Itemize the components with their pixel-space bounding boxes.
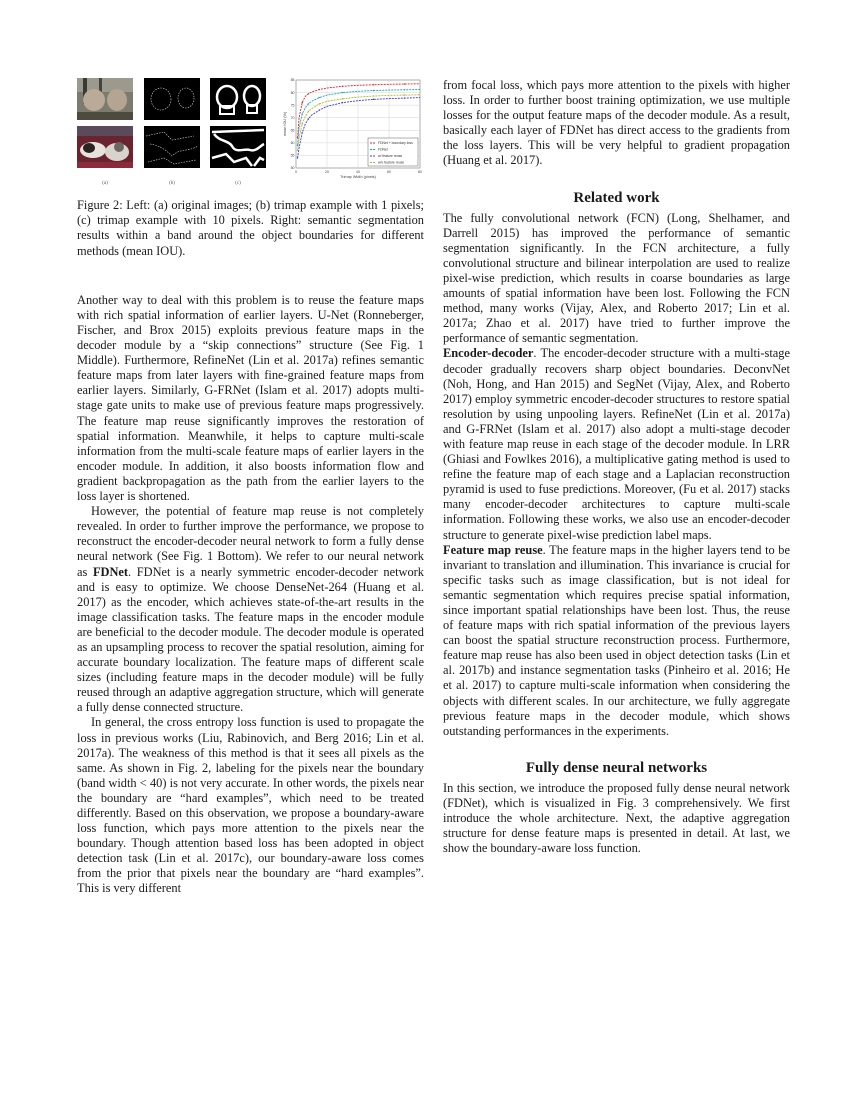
svg-text:20: 20 bbox=[325, 170, 329, 174]
figure-2-caption: Figure 2: Left: (a) original images; (b)… bbox=[77, 198, 424, 259]
paragraph-fdnn-intro: In this section, we introduce the propos… bbox=[443, 781, 790, 856]
feature-map-reuse-label: Feature map reuse bbox=[443, 543, 543, 557]
svg-text:60: 60 bbox=[387, 170, 391, 174]
paragraph-fdnet-intro: However, the potential of feature map re… bbox=[77, 504, 424, 715]
trimap-10px-sheep bbox=[210, 78, 266, 120]
svg-text:70: 70 bbox=[291, 116, 295, 120]
figure-2: (a) (b) (c) 0204060805055606570758085Tri… bbox=[77, 76, 424, 191]
paragraph-focal-loss-continuation: from focal loss, which pays more attenti… bbox=[443, 78, 790, 169]
svg-text:w/ feature reuse: w/ feature reuse bbox=[378, 154, 402, 158]
sublabel-a: (a) bbox=[77, 176, 133, 191]
svg-text:FDNet: FDNet bbox=[378, 148, 388, 152]
trimap-10px-cats bbox=[210, 126, 266, 168]
svg-text:60: 60 bbox=[291, 141, 295, 145]
svg-text:80: 80 bbox=[418, 170, 422, 174]
encoder-decoder-label: Encoder-decoder bbox=[443, 346, 533, 360]
svg-text:0: 0 bbox=[295, 170, 297, 174]
trimap-1px-cats bbox=[144, 126, 200, 168]
paragraph-feature-reuse: Another way to deal with this problem is… bbox=[77, 293, 424, 504]
section-heading-related-work: Related work bbox=[443, 189, 790, 207]
svg-text:mean IOU (%): mean IOU (%) bbox=[283, 111, 287, 136]
left-column: (a) (b) (c) 0204060805055606570758085Tri… bbox=[77, 76, 424, 897]
svg-text:50: 50 bbox=[291, 166, 295, 170]
sublabel-b: (b) bbox=[144, 176, 200, 191]
svg-text:40: 40 bbox=[356, 170, 360, 174]
svg-text:85: 85 bbox=[291, 78, 295, 82]
svg-text:75: 75 bbox=[291, 103, 295, 107]
paragraph-encoder-decoder: Encoder-decoder. The encoder-decoder str… bbox=[443, 346, 790, 542]
paragraph-fcn: The fully convolutional network (FCN) (L… bbox=[443, 211, 790, 347]
paragraph-loss-function: In general, the cross entropy loss funct… bbox=[77, 715, 424, 896]
sublabel-c: (c) bbox=[210, 176, 266, 191]
svg-text:w/o feature reuse: w/o feature reuse bbox=[378, 161, 404, 165]
svg-text:65: 65 bbox=[291, 128, 295, 132]
paragraph-feature-map-reuse: Feature map reuse. The feature maps in t… bbox=[443, 543, 790, 739]
trimap-1px-sheep bbox=[144, 78, 200, 120]
svg-text:FDNet + boundary loss: FDNet + boundary loss bbox=[378, 141, 413, 145]
figure-2-thumbnails: (a) (b) (c) bbox=[77, 76, 275, 191]
fdnet-bold: FDNet bbox=[93, 565, 128, 579]
section-heading-fully-dense: Fully dense neural networks bbox=[443, 759, 790, 777]
svg-text:55: 55 bbox=[291, 154, 295, 158]
svg-text:80: 80 bbox=[291, 91, 295, 95]
mean-iou-line-chart: 0204060805055606570758085Trimap Width (p… bbox=[282, 76, 424, 184]
original-image-sheep bbox=[77, 78, 133, 120]
svg-text:Trimap Width (pixels): Trimap Width (pixels) bbox=[340, 175, 376, 179]
original-image-cats bbox=[77, 126, 133, 168]
right-column: from focal loss, which pays more attenti… bbox=[443, 78, 790, 856]
